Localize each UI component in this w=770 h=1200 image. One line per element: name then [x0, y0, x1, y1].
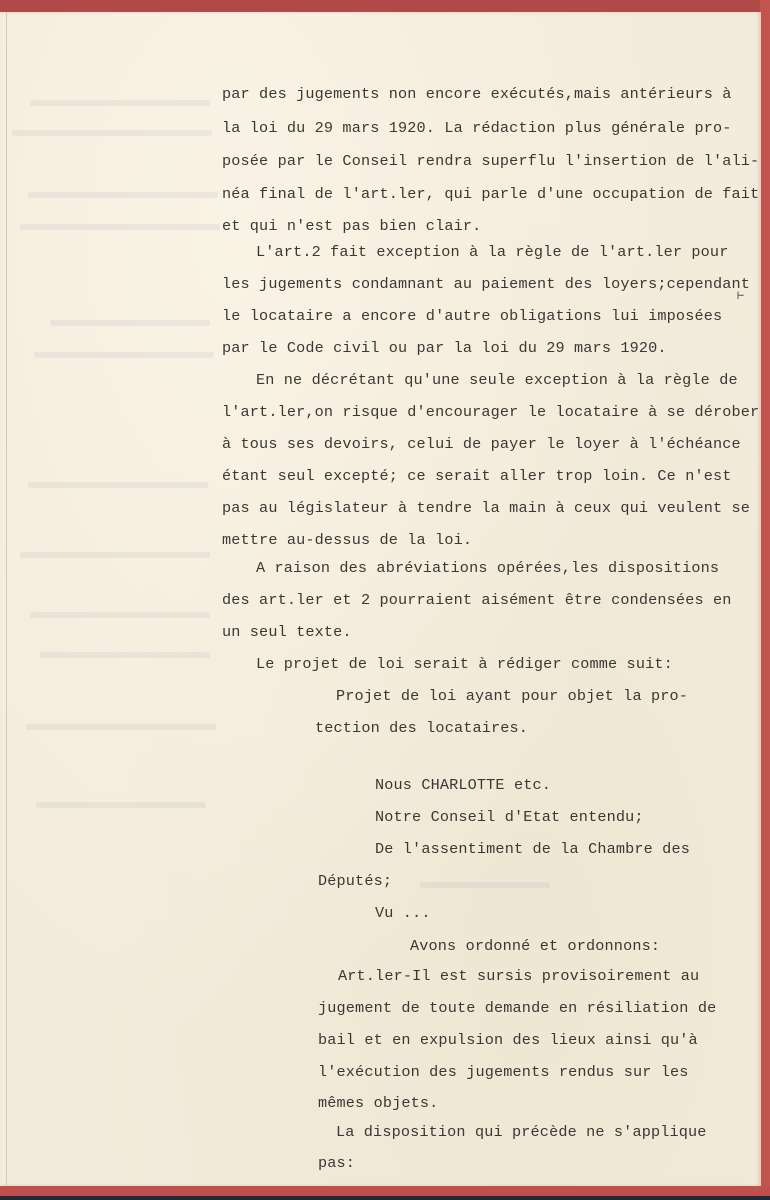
text-line: par le Code civil ou par la loi du 29 ma…	[222, 338, 667, 358]
text-line: des art.ler et 2 pourraient aisément êtr…	[222, 590, 732, 610]
frame-border-right	[760, 0, 770, 1200]
bleed-through-mark	[30, 612, 210, 618]
text-line: pas au législateur à tendre la main à ce…	[222, 498, 750, 518]
article-line: Art.ler-Il est sursis provisoirement au	[338, 966, 699, 986]
text-line: L'art.2 fait exception à la règle de l'a…	[256, 242, 728, 262]
bleed-through-mark	[12, 130, 212, 136]
text-line: l'art.ler,on risque d'encourager le loca…	[222, 402, 759, 422]
text-line: En ne décrétant qu'une seule exception à…	[256, 370, 738, 390]
text-line: les jugements condamnant au paiement des…	[222, 274, 750, 294]
text-line: et qui n'est pas bien clair.	[222, 216, 481, 236]
page-fold-line	[6, 12, 7, 1186]
bleed-through-mark	[20, 552, 210, 558]
text-line: le locataire a encore d'autre obligation…	[222, 306, 722, 326]
preamble-line: Députés;	[318, 871, 392, 891]
bleed-through-mark	[20, 224, 220, 230]
bleed-through-mark	[50, 320, 210, 326]
article-line: La disposition qui précède ne s'applique	[336, 1122, 707, 1142]
bleed-through-mark	[420, 882, 550, 888]
frame-border-top	[0, 0, 770, 12]
article-line: jugement de toute demande en résiliation…	[318, 998, 716, 1018]
text-line: mettre au-dessus de la loi.	[222, 530, 472, 550]
bill-title-line: Projet de loi ayant pour objet la pro-	[336, 686, 688, 706]
enacting-formula: Avons ordonné et ordonnons:	[410, 936, 660, 956]
article-line: pas:	[318, 1153, 355, 1173]
document-page: ⊢ par des jugements non encore exécutés,…	[0, 12, 761, 1186]
article-line: l'exécution des jugements rendus sur les	[318, 1062, 689, 1082]
bill-title-line: tection des locataires.	[315, 718, 528, 738]
preamble-line: Vu ...	[375, 903, 431, 923]
text-line: Le projet de loi serait à rédiger comme …	[256, 654, 673, 674]
text-line: A raison des abréviations opérées,les di…	[256, 558, 719, 578]
bleed-through-mark	[36, 802, 206, 808]
article-line: mêmes objets.	[318, 1093, 438, 1113]
bleed-through-mark	[30, 100, 210, 106]
text-line: étant seul excepté; ce serait aller trop…	[222, 466, 732, 486]
preamble-line: Nous CHARLOTTE etc.	[375, 775, 551, 795]
frame-bottom-edge	[0, 1196, 770, 1200]
text-line: à tous ses devoirs, celui de payer le lo…	[222, 434, 741, 454]
article-line: bail et en expulsion des lieux ainsi qu'…	[318, 1030, 698, 1050]
bleed-through-mark	[40, 652, 210, 658]
preamble-line: Notre Conseil d'Etat entendu;	[375, 807, 644, 827]
bleed-through-mark	[26, 724, 216, 730]
preamble-line: De l'assentiment de la Chambre des	[375, 839, 690, 859]
text-line: par des jugements non encore exécutés,ma…	[222, 84, 732, 104]
text-line: un seul texte.	[222, 622, 352, 642]
bleed-through-mark	[34, 352, 214, 358]
text-line: la loi du 29 mars 1920. La rédaction plu…	[222, 118, 732, 138]
text-line: néa final de l'art.ler, qui parle d'une …	[222, 184, 759, 204]
bleed-through-mark	[28, 192, 218, 198]
bleed-through-mark	[28, 482, 208, 488]
text-line: posée par le Conseil rendra superflu l'i…	[222, 151, 759, 171]
